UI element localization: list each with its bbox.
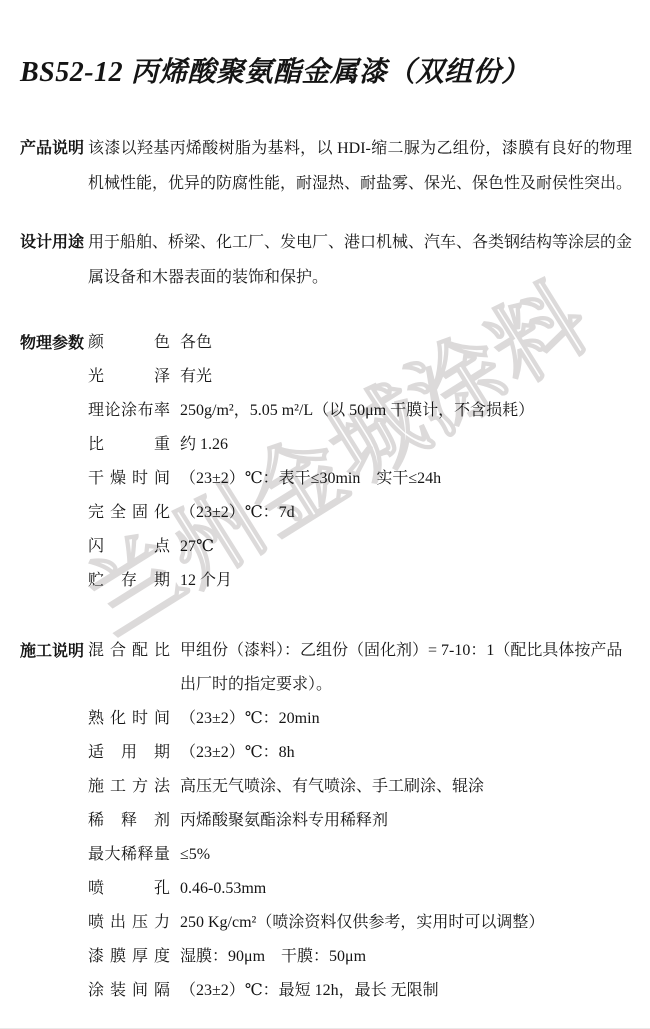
param-value: （23±2）℃：8h	[180, 736, 632, 770]
param-value: （23±2）℃：7d	[180, 496, 632, 530]
param-row-spray-pressure: 喷出压力 250 Kg/cm²（喷涂资料仅供参考，实用时可以调整）	[88, 906, 632, 940]
param-label: 混合配比	[88, 634, 170, 668]
param-value: 12 个月	[180, 564, 632, 598]
param-value: 甲组份（漆料）：乙组份（固化剂）= 7-10：1（配比具体按产品出厂时的指定要求…	[180, 634, 632, 702]
param-value: 约 1.26	[180, 428, 632, 462]
param-row-flash-point: 闪点 27℃	[88, 530, 632, 564]
param-value: 各色	[180, 326, 632, 360]
param-row-coverage: 理论涂布率 250g/m²，5.05 m²/L（以 50μm 干膜计，不含损耗）	[88, 394, 632, 428]
section-heading: 施工说明	[0, 634, 88, 669]
param-label: 施工方法	[88, 770, 170, 804]
product-description-text: 该漆以羟基丙烯酸树脂为基料，以 HDI-缩二脲为乙组份，漆膜有良好的物理机械性能…	[88, 131, 632, 201]
param-label: 贮存期	[88, 564, 170, 598]
param-label: 理论涂布率	[88, 394, 170, 428]
param-row-nozzle-orifice: 喷孔 0.46-0.53mm	[88, 872, 632, 906]
param-row-thinner: 稀释剂 丙烯酸聚氨酯涂料专用稀释剂	[88, 804, 632, 838]
param-label: 漆膜厚度	[88, 940, 170, 974]
section-design-use: 设计用途 用于船舶、桥梁、化工厂、发电厂、港口机械、汽车、各类钢结构等涂层的金属…	[0, 225, 650, 295]
param-label: 比重	[88, 428, 170, 462]
design-use-text: 用于船舶、桥梁、化工厂、发电厂、港口机械、汽车、各类钢结构等涂层的金属设备和木器…	[88, 225, 632, 295]
section-application-instructions: 施工说明 混合配比 甲组份（漆料）：乙组份（固化剂）= 7-10：1（配比具体按…	[0, 634, 650, 1008]
param-label: 熟化时间	[88, 702, 170, 736]
param-label: 最大稀释量	[88, 838, 170, 872]
param-row-application-method: 施工方法 高压无气喷涂、有气喷涂、手工刷涂、辊涂	[88, 770, 632, 804]
section-body: 颜色 各色 光泽 有光 理论涂布率 250g/m²，5.05 m²/L（以 50…	[88, 326, 650, 598]
section-physical-parameters: 物理参数 颜色 各色 光泽 有光 理论涂布率 250g/m²，5.05 m²/L…	[0, 326, 650, 598]
datasheet-page: 兰州金城涂料 BS52-12 丙烯酸聚氨酯金属漆（双组份） 产品说明 该漆以羟基…	[0, 0, 650, 1029]
section-heading: 产品说明	[0, 131, 88, 166]
param-value: 250 Kg/cm²（喷涂资料仅供参考，实用时可以调整）	[180, 906, 632, 940]
section-body: 混合配比 甲组份（漆料）：乙组份（固化剂）= 7-10：1（配比具体按产品出厂时…	[88, 634, 650, 1008]
param-row-specific-gravity: 比重 约 1.26	[88, 428, 632, 462]
param-label: 涂装间隔	[88, 974, 170, 1008]
page-title: BS52-12 丙烯酸聚氨酯金属漆（双组份）	[0, 0, 650, 90]
param-value: （23±2）℃：20min	[180, 702, 632, 736]
param-row-pot-life: 适用期 （23±2）℃：8h	[88, 736, 632, 770]
param-label: 稀释剂	[88, 804, 170, 838]
param-row-drying-time: 干燥时间 （23±2）℃：表干≤30min 实干≤24h	[88, 462, 632, 496]
param-row-max-dilution: 最大稀释量 ≤5%	[88, 838, 632, 872]
param-value: 250g/m²，5.05 m²/L（以 50μm 干膜计，不含损耗）	[180, 394, 632, 428]
section-body: 用于船舶、桥梁、化工厂、发电厂、港口机械、汽车、各类钢结构等涂层的金属设备和木器…	[88, 225, 650, 295]
param-value: 湿膜：90μm 干膜：50μm	[180, 940, 632, 974]
param-label: 光泽	[88, 360, 170, 394]
param-row-induction-time: 熟化时间 （23±2）℃：20min	[88, 702, 632, 736]
section-heading: 设计用途	[0, 225, 88, 260]
param-value: 高压无气喷涂、有气喷涂、手工刷涂、辊涂	[180, 770, 632, 804]
param-value: 有光	[180, 360, 632, 394]
param-value: 丙烯酸聚氨酯涂料专用稀释剂	[180, 804, 632, 838]
document-content: BS52-12 丙烯酸聚氨酯金属漆（双组份） 产品说明 该漆以羟基丙烯酸树脂为基…	[0, 0, 650, 1008]
param-row-recoat-interval: 涂装间隔 （23±2）℃：最短 12h，最长 无限制	[88, 974, 632, 1008]
param-value: 27℃	[180, 530, 632, 564]
param-label: 适用期	[88, 736, 170, 770]
param-label: 颜色	[88, 326, 170, 360]
param-row-gloss: 光泽 有光	[88, 360, 632, 394]
param-value: （23±2）℃：表干≤30min 实干≤24h	[180, 462, 632, 496]
param-label: 干燥时间	[88, 462, 170, 496]
param-row-shelf-life: 贮存期 12 个月	[88, 564, 632, 598]
param-row-mixing-ratio: 混合配比 甲组份（漆料）：乙组份（固化剂）= 7-10：1（配比具体按产品出厂时…	[88, 634, 632, 702]
param-value: 0.46-0.53mm	[180, 872, 632, 906]
section-body: 该漆以羟基丙烯酸树脂为基料，以 HDI-缩二脲为乙组份，漆膜有良好的物理机械性能…	[88, 131, 650, 201]
param-row-full-cure: 完全固化 （23±2）℃：7d	[88, 496, 632, 530]
param-label: 完全固化	[88, 496, 170, 530]
section-product-description: 产品说明 该漆以羟基丙烯酸树脂为基料，以 HDI-缩二脲为乙组份，漆膜有良好的物…	[0, 131, 650, 201]
param-label: 喷出压力	[88, 906, 170, 940]
param-value: ≤5%	[180, 838, 632, 872]
param-value: （23±2）℃：最短 12h，最长 无限制	[180, 974, 632, 1008]
section-heading: 物理参数	[0, 326, 88, 361]
param-label: 闪点	[88, 530, 170, 564]
param-label: 喷孔	[88, 872, 170, 906]
param-row-film-thickness: 漆膜厚度 湿膜：90μm 干膜：50μm	[88, 940, 632, 974]
param-row-color: 颜色 各色	[88, 326, 632, 360]
